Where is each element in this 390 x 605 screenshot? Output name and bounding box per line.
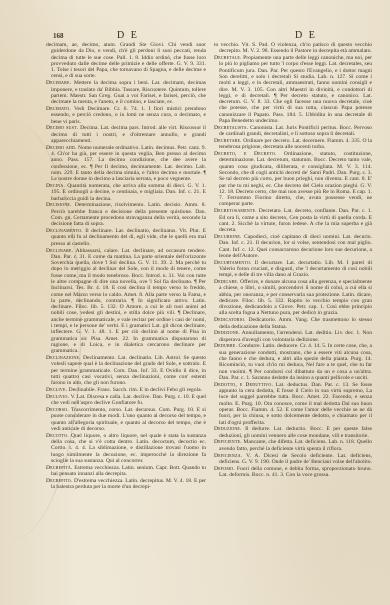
entry-definition: Ordinare per decreto. Lat. decernere. Fi…: [219, 138, 372, 150]
entry-definition: Condurre. Latin. deducere. Cr. 4. 14. 5.…: [219, 343, 372, 380]
entry-headword: Deficiente.: [214, 439, 242, 445]
dictionary-entry: Decurtamento. Il decurtare. Lat. decurta…: [214, 260, 372, 279]
entry-headword: Decurtamento.: [214, 260, 252, 266]
entry-headword: Decimo add.: [46, 145, 77, 151]
page-header: 168 D E D E: [45, 30, 375, 42]
dictionary-entry: Dedurre. Condurre. Latin. deducere. Cr. …: [214, 343, 372, 381]
dictionary-entry: Decimo add. Nome numerale ordinativo. La…: [46, 145, 206, 183]
page-number: 168: [53, 32, 64, 40]
dictionary-entry: Decimato. Vedi Decimare. Cr. 6. 74. 1. I…: [46, 106, 206, 125]
dictionary-entry: Decretare. Ordinare per decreto. Lat. de…: [214, 138, 372, 151]
entry-definition: D'estrema vecchiezza. Latin. decrepitus.…: [51, 478, 206, 490]
entry-headword: Decretale.: [214, 55, 242, 61]
dictionary-entry: Decurione. Capodieci, cioè capitano di d…: [214, 234, 372, 259]
entry-headword: Decimo sust.: [46, 125, 78, 131]
entry-definition: Determinazione, risolvimento. Latin. dec…: [51, 202, 206, 227]
dictionary-entry: Deduzione. Il dedurre. Lat. deductio. Bo…: [214, 426, 372, 439]
dictionary-entry: Decrepito. D'estrema vecchiezza. Latin. …: [46, 478, 206, 491]
dictionary-entry: Defomo. Fuori della comune, e debita for…: [214, 466, 372, 479]
dictionary-entry: Dedizione. Annullamento, l'arrendersi. L…: [214, 330, 372, 343]
entry-definition: Vedi Decimare. Cr. 6. 74. 1. I fiori mis…: [51, 106, 206, 125]
entry-headword: Decimato.: [46, 106, 71, 112]
dictionary-entry: Deficienza. V. A. Dicesi de Secolo defic…: [214, 453, 372, 466]
dictionary-entry: Decimo sust. Decima. Lat. decima pars. I…: [46, 125, 206, 144]
entry-definition: Capodieci, cioè capitano di dieci uomini…: [219, 234, 372, 259]
entry-headword: Declinazione.: [46, 355, 81, 361]
running-head-left: D E: [117, 30, 139, 41]
entry-headword: Decrepità.: [46, 465, 73, 471]
dictionary-entry: to vecchio. Vit. S. Pad. O violenza, ch'…: [214, 42, 372, 55]
dictionary-entry: Deficiente. Mancante, che difetta. Lat. …: [214, 439, 372, 452]
dictionary-entry: Decrepità. Estrema vecchiezza. Latin. se…: [46, 465, 206, 478]
entry-headword: Deficienza.: [214, 453, 242, 459]
entry-headword: Decrepito.: [46, 478, 72, 484]
entry-definition: Quantità numerata, che arriva alla somma…: [51, 183, 206, 202]
entry-definition: V. Lat. Discesa e calla. Lat. declive. D…: [51, 394, 206, 406]
dictionary-entry: Decreto, e Decreto. Ordinazione, statuto…: [214, 151, 372, 208]
entry-headword: Decotto.: [46, 433, 69, 439]
entry-definition: Trascorrimento, corso. Lat. decursus. Co…: [51, 407, 206, 432]
entry-headword: Defomo.: [214, 466, 235, 472]
entry-headword: Dedurre.: [214, 343, 237, 349]
dictionary-entry: Declinazione. Declinamento. Lat. declina…: [46, 355, 206, 386]
entry-definition: Lat. deductus. Dan. Par. c. 13. Se fosse…: [219, 382, 372, 426]
entry-headword: Decorso.: [46, 407, 69, 413]
entry-headword: Dedicare.: [214, 279, 239, 285]
dictionary-entry: Declive. Declinabile. Franc. Sacch. rim.…: [46, 387, 206, 393]
entry-definition: Offerire, e donare alcuna cosa alla gere…: [219, 279, 372, 316]
entry-definition: Ordinazione, statuto, costituzione, dete…: [219, 151, 372, 207]
dictionary-entry: Decretosamente. Decretato. Lat. decreto,…: [214, 208, 372, 233]
dictionary-entry: Declinamento. Il declinare. Lat. declina…: [46, 228, 206, 247]
entry-headword: Decreto, e Decreto.: [214, 151, 277, 157]
entry-definition: Estrema vecchiezza. Latin. senium. Capr.…: [51, 465, 206, 477]
left-column: decimam, ae, decimo, atum. Grandi Ste Gi…: [46, 42, 206, 491]
entry-definition: Fuori della comune, e debita forma, spro…: [219, 466, 372, 478]
entry-headword: Decisione.: [46, 202, 72, 208]
entry-definition: V. A. Dicesi de Secolo deficiente. Lat. …: [219, 453, 372, 465]
entry-definition: decimam, ae, decimo, atum. Grandi Ste Gi…: [46, 42, 206, 79]
entry-headword: Dedotto, e Deduttivo.: [214, 382, 273, 388]
entry-headword: Dedicatorio.: [214, 317, 246, 323]
dictionary-entry: decimam, ae, decimo, atum. Grandi Ste Gi…: [46, 42, 206, 80]
entry-headword: Declivio.: [46, 394, 69, 400]
entry-headword: Declinare.: [46, 248, 73, 254]
entry-definition: Il dedurre. Lat. deductio. Bocc. E per q…: [219, 426, 372, 438]
entry-headword: Decretalista.: [214, 125, 248, 131]
dictionary-entry: Decimare. Mettere la decima sopra i beni…: [46, 80, 206, 105]
entry-definition: Annullamento, l'arrendersi. Lat. deditio…: [219, 330, 372, 342]
entry-definition: Propiamente una parte delle leggi canoni…: [219, 55, 372, 124]
entry-definition: Abbassarsi, calare. Lat. declinare, ad o…: [51, 248, 206, 355]
dictionary-entry: Decorso. Trascorrimento, corso. Lat. dec…: [46, 407, 206, 432]
entry-headword: Deduzione.: [214, 426, 242, 432]
dictionary-entry: Decotto. Quel liquore, o altro liquore, …: [46, 433, 206, 464]
running-head-right: D E: [295, 30, 317, 41]
dictionary-entry: Decisione. Determinazione, risolvimento.…: [46, 202, 206, 227]
entry-definition: Nome numerale ordinativo. Latin. decimus…: [51, 145, 206, 182]
dictionary-entry: Dedicare. Offerire, e donare alcuna cosa…: [214, 279, 372, 317]
dictionary-entry: Dedotto, e Deduttivo. Lat. deductus. Dan…: [214, 382, 372, 426]
entry-headword: Decurione.: [214, 234, 242, 240]
entry-definition: to vecchio. Vit. S. Pad. O violenza, ch'…: [214, 42, 372, 54]
entry-definition: Mettere la decima sopra i beni. Lat. dec…: [51, 80, 206, 105]
entry-definition: Declinabile. Franc. Sacch. rim. E in dec…: [69, 387, 202, 393]
entry-headword: Declive.: [46, 387, 67, 393]
dictionary-entry: Decina. Quantità numerata, che arriva al…: [46, 183, 206, 202]
entry-headword: Dedizione.: [214, 330, 240, 336]
dictionary-entry: Declivio. V. Lat. Discesa e calla. Lat. …: [46, 394, 206, 407]
dictionary-entry: Decretalista. Canonista. Lat. Juris Pont…: [214, 125, 372, 138]
entry-headword: Decretare.: [214, 138, 242, 144]
entry-definition: Quel liquore, o altro liquore, nel quale…: [51, 433, 206, 464]
dictionary-entry: Decretale. Propiamente una parte delle l…: [214, 55, 372, 124]
entry-headword: Decimare.: [46, 80, 71, 86]
dictionary-entry: Dedicatorio. Dedicatorio. Amm. Vang. Che…: [214, 317, 372, 330]
entry-definition: Mancante, che difetta. Lat. deficiens. L…: [219, 439, 372, 451]
right-column: to vecchio. Vit. S. Pad. O violenza, ch'…: [214, 42, 372, 479]
entry-headword: Decretosamente.: [214, 208, 257, 214]
dictionary-entry: Declinare. Abbassarsi, calare. Lat. decl…: [46, 248, 206, 355]
